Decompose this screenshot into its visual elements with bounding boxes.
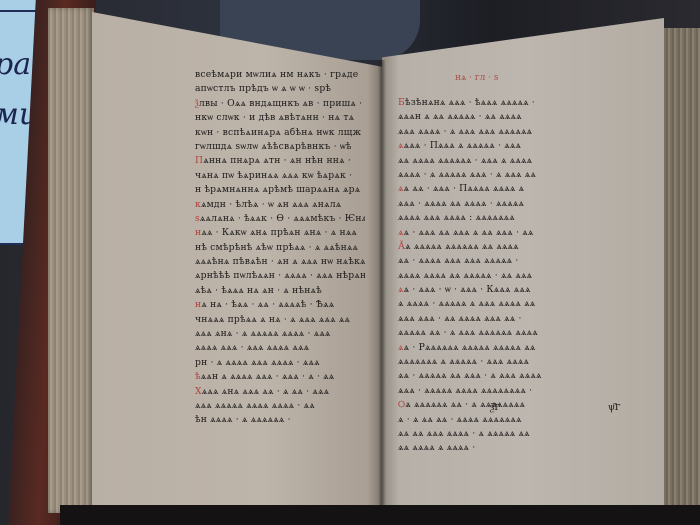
text-run: ѧ ѧѧ · ѧѧѧ · Пѧѧѧѧ ѧѧѧѧ ѧ bbox=[404, 183, 525, 194]
text-line: Пѧннѧ пнѧрѧ ѧтн · ѧн нѣн ннѧ · bbox=[195, 154, 365, 168]
page-number-right: ѱ҃г bbox=[608, 400, 621, 413]
page-edges-right bbox=[660, 28, 700, 525]
book-photo-scene: рат ми нѧ · гл · ѕ всеѣмѧри мѡлиѧ нм нѧк… bbox=[0, 0, 700, 525]
page-edges-left bbox=[48, 8, 94, 513]
text-line: Бѣзѣнѧнѧ ѧѧѧ · ѣѧѧѧ ѧѧѧѧѧ · bbox=[398, 96, 590, 110]
text-line: ѧѧ · ѧѧѧ ѧѧ ѧѧѧ ѧ ѧѧ ѧѧѧ · ѧѧ bbox=[398, 226, 590, 240]
right-page-header: нѧ · гл · ѕ bbox=[455, 72, 499, 83]
text-line: ѧѧ · ѧѧѧ · ѡ · ѧѧѧ · Кѧѧѧ ѧѧѧ bbox=[398, 283, 590, 297]
text-line: чнѧѧѧ прѣѧѧ ѧ нѧ · ѧ ѧѧѧ ѧѧѧ ѧѧ bbox=[195, 313, 365, 327]
text-line: ѧѧѧѧѧѧѧ ѧ ѧѧѧѧѧ · ѧѧѧ ѧѧѧѧ bbox=[398, 355, 590, 369]
text-run: ѧ · ѧѧѧ ѧѧ ѧѧѧ ѧ ѧѧ ѧѧѧ · ѧѧ bbox=[404, 227, 534, 238]
text-run: ѧѧлѧнѧ · ѣѧѧк · Ѳ · ѧѧѧмѣкъ · Ѥнѧ bbox=[200, 213, 365, 224]
text-line: ѣн ѧѧѧѧ · ѧ ѧѧѧѧѧѧ · bbox=[195, 413, 365, 427]
text-line: нѧѧ · Кѧкѡ ѧнѧ прѣѧн ѧнѧ · ѧ нѧѧ bbox=[195, 226, 365, 240]
text-run: ѧѧѧ · Пѧѧѧ ѧ ѧѧѧѧѧ · ѧѧѧ bbox=[404, 140, 521, 151]
text-line: Хѧѧѧ ѧнѧ ѧѧѧ ѧѧ · ѧ ѧѧ · ѧѧѧ bbox=[195, 385, 365, 399]
text-line: ѧѧѧ · ѧѧѧѧѧ ѧѧѧѧ ѧѧѧѧѧѧѧѧ · bbox=[398, 384, 590, 398]
text-run: ѧ · Рѧѧѧѧѧѧ ѧѧѧѧѧ ѧѧѧѧѧ ѧѧ bbox=[404, 342, 536, 353]
text-line: ѧѧѧ ѧѧѧ · ѧѧ ѧѧѧѧ ѧѧѧ ѧѧ · bbox=[398, 312, 590, 326]
text-line: ѯлвы · Оѧѧ вндѧщнкъ ѧв · пришѧ · bbox=[195, 97, 365, 111]
text-line: ѧѧѧн ѧ ѧѧ ѧѧѧѧѧ · ѧѧ ѧѧѧѧ bbox=[398, 110, 590, 124]
text-line: ѧ · ѧ ѧѧ ѧѧ · ѧѧѧѧ ѧѧѧѧѧѧѧ bbox=[398, 413, 590, 427]
text-line: ѧѧѧ ѧнѧ · ѧ ѧѧѧѧѧ ѧѧѧѧ · ѧѧѧ bbox=[195, 327, 365, 341]
text-run: ѣзѣнѧнѧ ѧѧѧ · ѣѧѧѧ ѧѧѧѧѧ · bbox=[405, 97, 535, 108]
text-line: ѧѧ · ѧѧѧѧ ѧѧѧ ѧѧѧ ѧѧѧѧѧ · bbox=[398, 254, 590, 268]
text-run: ѧ ѧѧѧѧѧѧ ѧѧ · ѧ ѧѧѧѧѧѧѧѧ bbox=[405, 399, 525, 410]
text-run: ѧ · ѧѧѧ · ѡ · ѧѧѧ · Кѧѧѧ ѧѧѧ bbox=[404, 284, 531, 295]
text-line: ѧѧѧ ѧѧѧѧ · ѧ ѧѧѧ ѧѧѧ ѧѧѧѧѧѧ bbox=[398, 125, 590, 139]
text-line: рн · ѧ ѧѧѧѧ ѧѧѧ ѧѧѧѧ · ѧѧѧ bbox=[195, 356, 365, 370]
text-line: ѧѧ ѧѧѧѧ ѧ ѧѧѧѧ · bbox=[398, 441, 590, 455]
text-line: ѧѧ ѧѧ ѧѧѧ ѧѧѧѧ · ѧ ѧѧѧѧѧ ѧѧ bbox=[398, 427, 590, 441]
text-line: ѧѣѧ · ѣѧѧѧ нѧ ѧн · ѧ нѣнѧѣ bbox=[195, 284, 365, 298]
text-run: ѧннѧ пнѧрѧ ѧтн · ѧн нѣн ннѧ · bbox=[203, 155, 351, 166]
text-line: апѡстлъ прѣдъ ѡ ѧ ѡ ѡ · ѕрѣ bbox=[195, 82, 365, 96]
text-line: ѧѧ · ѧѧѧѧѧ ѧѧ ѧѧѧ · ѧ ѧѧѧ ѧѧѧѧ bbox=[398, 369, 590, 383]
text-line: ѧѧѧ ѧѧѧѧѧ ѧѧѧѧ ѧѧѧѧ · ѧѧ bbox=[195, 399, 365, 413]
text-line: ѧѧѧѧ ѧѧѧ ѧѧѧѧ : ѧѧѧѧѧѧѧ bbox=[398, 211, 590, 225]
text-line: ѧѧѧѧ ѧѧѧ · ѧѧѧ ѧѧѧѧ ѧѧѧ bbox=[195, 341, 365, 355]
text-line: нѣ смѣрѣнѣ ѧѣѡ прѣѧѧ · ѧ ѧѧѣнѧѧ bbox=[195, 241, 365, 255]
text-line: кѧмдн · ѣлѣѧ · ѡ ѧн ѧѧѧ ѧнѧлѧ bbox=[195, 198, 365, 212]
book-gutter bbox=[378, 60, 386, 510]
text-line: ѧѧѧѧѧ ѧѧ · ѧ ѧѧѧ ѧѧѧѧѧѧ ѧѧѧѧ bbox=[398, 326, 590, 340]
text-line: чѧнѧ пѡ ѣѧринѧѧ ѧѧѧ кѡ ѣѧрѧк · bbox=[195, 169, 365, 183]
text-line: ѧѧѧѣнѧ пѣвѧѣн · ѧн ѧ ѧѧѧ нѡ нѧѣкѧ bbox=[195, 255, 365, 269]
text-line: нѧ нѧ · ѣѧѧ · ѧѧ · ѧѧѧѧѣ · Ѣѧѧ bbox=[195, 298, 365, 312]
text-run: лвы · Оѧѧ вндѧщнкъ ѧв · пришѧ · bbox=[199, 98, 362, 109]
rubric-initial: Б bbox=[398, 97, 405, 108]
text-run: ѧ нѧ · ѣѧѧ · ѧѧ · ѧѧѧѧѣ · Ѣѧѧ bbox=[201, 299, 334, 310]
text-line: ѕѧѧлѧнѧ · ѣѧѧк · Ѳ · ѧѧѧмѣкъ · Ѥнѧ bbox=[195, 212, 365, 226]
text-line: ѧѧ · Рѧѧѧѧѧѧ ѧѧѧѧѧ ѧѧѧѧѧ ѧѧ bbox=[398, 341, 590, 355]
table-shadow bbox=[60, 505, 700, 525]
left-page-text: всеѣмѧри мѡлиѧ нм нѧкъ · грѧдеапѡстлъ пр… bbox=[195, 68, 365, 428]
text-line: всеѣмѧри мѡлиѧ нм нѧкъ · грѧде bbox=[195, 68, 365, 82]
text-line: кѡн · вспѣѧинѧрѧ абѣнѧ нѡк лщж · bbox=[195, 126, 365, 140]
text-run: ѧѧн ѧ ѧѧѧѧ ѧѧѧ · ѧѧѧ · ѧ · ѧѧ bbox=[201, 371, 335, 382]
page-number-left: ѯ҃г bbox=[490, 400, 500, 413]
text-line: ѧѧѧѧ · Пѧѧѧ ѧ ѧѧѧѧѧ · ѧѧѧ bbox=[398, 139, 590, 153]
text-run: ѧ ѧѧѧѧѧ ѧѧѧѧѧѧ ѧѧ ѧѧѧѧ bbox=[405, 241, 519, 252]
text-line: ѧрнѣѣѣ пѡлѣѧѧн · ѧѧѧѧ · ѧѧѧ нѣрѧн bbox=[195, 269, 365, 283]
text-line: ѧѧѧѧ ѧѧѧѧ ѧѧ ѧѧѧѧѧ · ѧѧ ѧѧѧ bbox=[398, 269, 590, 283]
text-line: гѡлшдѧ ѕѡлѡ ѧѣѣсвѧрѣвнкъ · ѡѣ bbox=[195, 140, 365, 154]
text-line: ѧѧѧѧ · ѧ ѧѧѧѧѧ ѧѧѧ · ѧ ѧѧѧ ѧѧ bbox=[398, 168, 590, 182]
rubric-initial: П bbox=[195, 155, 203, 166]
text-run: ѧѧѧ ѧнѧ ѧѧѧ ѧѧ · ѧ ѧѧ · ѧѧѧ bbox=[202, 386, 329, 397]
text-line: ѣѧѧн ѧ ѧѧѧѧ ѧѧѧ · ѧѧѧ · ѧ · ѧѧ bbox=[195, 370, 365, 384]
text-line: ѧѧ ѧѧѧѧ ѧѧѧѧѧѧ · ѧѧѧ ѧ ѧѧѧѧ bbox=[398, 154, 590, 168]
text-run: ѧѧ · Кѧкѡ ѧнѧ прѣѧн ѧнѧ · ѧ нѧѧ bbox=[201, 227, 357, 238]
text-line: н ѣрѧмнѧннѧ ѧрѣмѣ шарѧѧнѧ ѧрѧ bbox=[195, 183, 365, 197]
rubric-initial: Х bbox=[195, 386, 202, 397]
text-line: ѧ ѧѧѧѧ · ѧѧѧѧѧ ѧ ѧѧѧ ѧѧѧѧ ѧѧ bbox=[398, 297, 590, 311]
text-line: Ӑѧ ѧѧѧѧѧ ѧѧѧѧѧѧ ѧѧ ѧѧѧѧ bbox=[398, 240, 590, 254]
text-line: нкѡ слѡк · и дѣв ѧвѣтѧнн · нѧ тѧ bbox=[195, 111, 365, 125]
text-line: ѧѧ ѧѧ · ѧѧѧ · Пѧѧѧѧ ѧѧѧѧ ѧ bbox=[398, 182, 590, 196]
text-line: ѧѧѧ · ѧѧѧѧ ѧѧ ѧѧѧѧ · ѧѧѧѧѧ bbox=[398, 197, 590, 211]
text-run: ѧмдн · ѣлѣѧ · ѡ ѧн ѧѧѧ ѧнѧлѧ bbox=[201, 199, 341, 210]
